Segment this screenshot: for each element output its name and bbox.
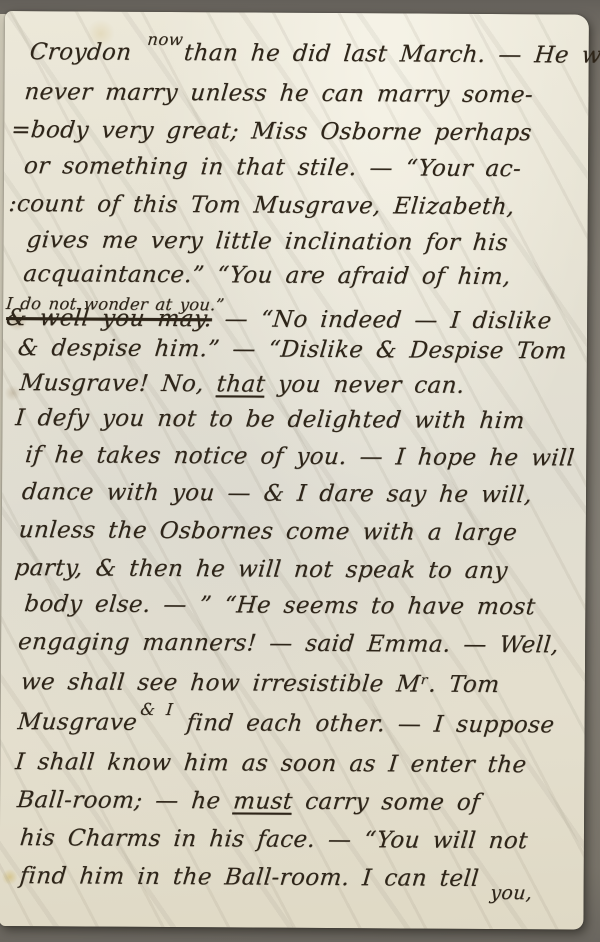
manuscript-line: if he takes notice of you. — I hope he w… [24, 440, 576, 473]
manuscript-line: unless the Osbornes come with a large [17, 515, 518, 548]
manuscript-segment: Ball-room; — he [16, 787, 235, 814]
manuscript-lines: Croydon nowthan he did last March. — He … [0, 11, 589, 930]
manuscript-segment: his Charms in his face. — “You will not [19, 825, 529, 854]
manuscript-segment: carry some of [291, 789, 481, 816]
manuscript-segment-below: you, [489, 878, 534, 908]
manuscript-line: party, & then he will not speak to any [13, 553, 509, 586]
manuscript-segment: Musgrave [17, 709, 139, 736]
manuscript-segment: find him in the Ball-room. I can tell [19, 863, 493, 892]
manuscript-line: Musgrave& I find each other. — I suppose [16, 707, 556, 742]
manuscript-segment-above: now [146, 25, 185, 55]
manuscript-segment: I defy you not to be delighted with him [14, 405, 526, 434]
manuscript-segment: & despise him.” — “Dislike & Despise Tom [17, 335, 568, 364]
manuscript-line: we shall see how irresistible Mʳ. Tom [19, 667, 500, 700]
manuscript-line: body else. — ” “He seems to have most [23, 589, 537, 622]
manuscript-line: engaging manners! — said Emma. — Well, [17, 627, 561, 660]
manuscript-line: I defy you not to be delighted with him [14, 403, 526, 436]
manuscript-line: & despise him.” — “Dislike & Despise Tom [17, 333, 569, 366]
manuscript-segment: than he did last March. — He will [183, 40, 600, 69]
manuscript-segment: gives me very little inclination for his [25, 227, 509, 256]
manuscript-segment: if he takes notice of you. — I hope he w… [24, 442, 576, 471]
manuscript-line: :count of this Tom Musgrave, Elizabeth, [7, 189, 516, 222]
manuscript-line: I shall know him as soon as I enter the [14, 747, 528, 780]
manuscript-segment: you never can. [264, 372, 466, 399]
manuscript-segment: I shall know him as soon as I enter the [14, 749, 528, 778]
manuscript-segment: unless the Osbornes come with a large [18, 517, 519, 546]
manuscript-segment: body else. — ” “He seems to have most [23, 591, 536, 620]
manuscript-segment: :count of this Tom Musgrave, Elizabeth, [8, 191, 516, 220]
manuscript-page: Croydon nowthan he did last March. — He … [0, 11, 589, 930]
manuscript-line: or something in that stile. — “Your ac- [23, 151, 523, 184]
manuscript-segment: — “No indeed — I dislike [211, 306, 553, 334]
manuscript-line: dance with you — & I dare say he will, [21, 477, 534, 510]
manuscript-segment: Croydon [29, 39, 146, 66]
manuscript-segment: Musgrave! No, [19, 370, 218, 397]
manuscript-segment: =body very great; Miss Osborne perhaps [10, 117, 533, 146]
manuscript-segment-underline: that [215, 371, 266, 397]
manuscript-segment: find each other. — I suppose [173, 710, 556, 738]
manuscript-line: =body very great; Miss Osborne perhaps [10, 115, 533, 148]
manuscript-segment: dance with you — & I dare say he will, [21, 479, 534, 508]
manuscript-line: his Charms in his face. — “You will not [19, 823, 530, 856]
manuscript-line: never marry unless he can marry some- [23, 77, 534, 110]
manuscript-segment: engaging manners! — said Emma. — Well, [17, 629, 560, 658]
manuscript-segment: acquaintance.” “You are afraid of him, [22, 261, 512, 290]
manuscript-segment-above: & I [139, 695, 174, 725]
manuscript-segment: or something in that stile. — “Your ac- [23, 153, 523, 182]
manuscript-line: Musgrave! No, that you never can. [18, 368, 466, 401]
manuscript-line: & well you may. — “No indeed — I dislike [5, 303, 553, 336]
manuscript-segment-strike: & well you may. [5, 305, 213, 332]
manuscript-segment: party, & then he will not speak to any [13, 555, 508, 584]
manuscript-line: Croydon nowthan he did last March. — He … [28, 37, 600, 73]
photo-backdrop: Croydon nowthan he did last March. — He … [0, 0, 600, 942]
manuscript-line: Ball-room; — he must carry some of [16, 785, 482, 818]
manuscript-line: gives me very little inclination for his [25, 225, 509, 258]
manuscript-line: find him in the Ball-room. I can tell yo… [18, 861, 535, 895]
manuscript-segment: we shall see how irresistible Mʳ. Tom [20, 669, 501, 698]
manuscript-segment-underline: must [232, 788, 294, 814]
manuscript-segment: never marry unless he can marry some- [23, 79, 534, 108]
